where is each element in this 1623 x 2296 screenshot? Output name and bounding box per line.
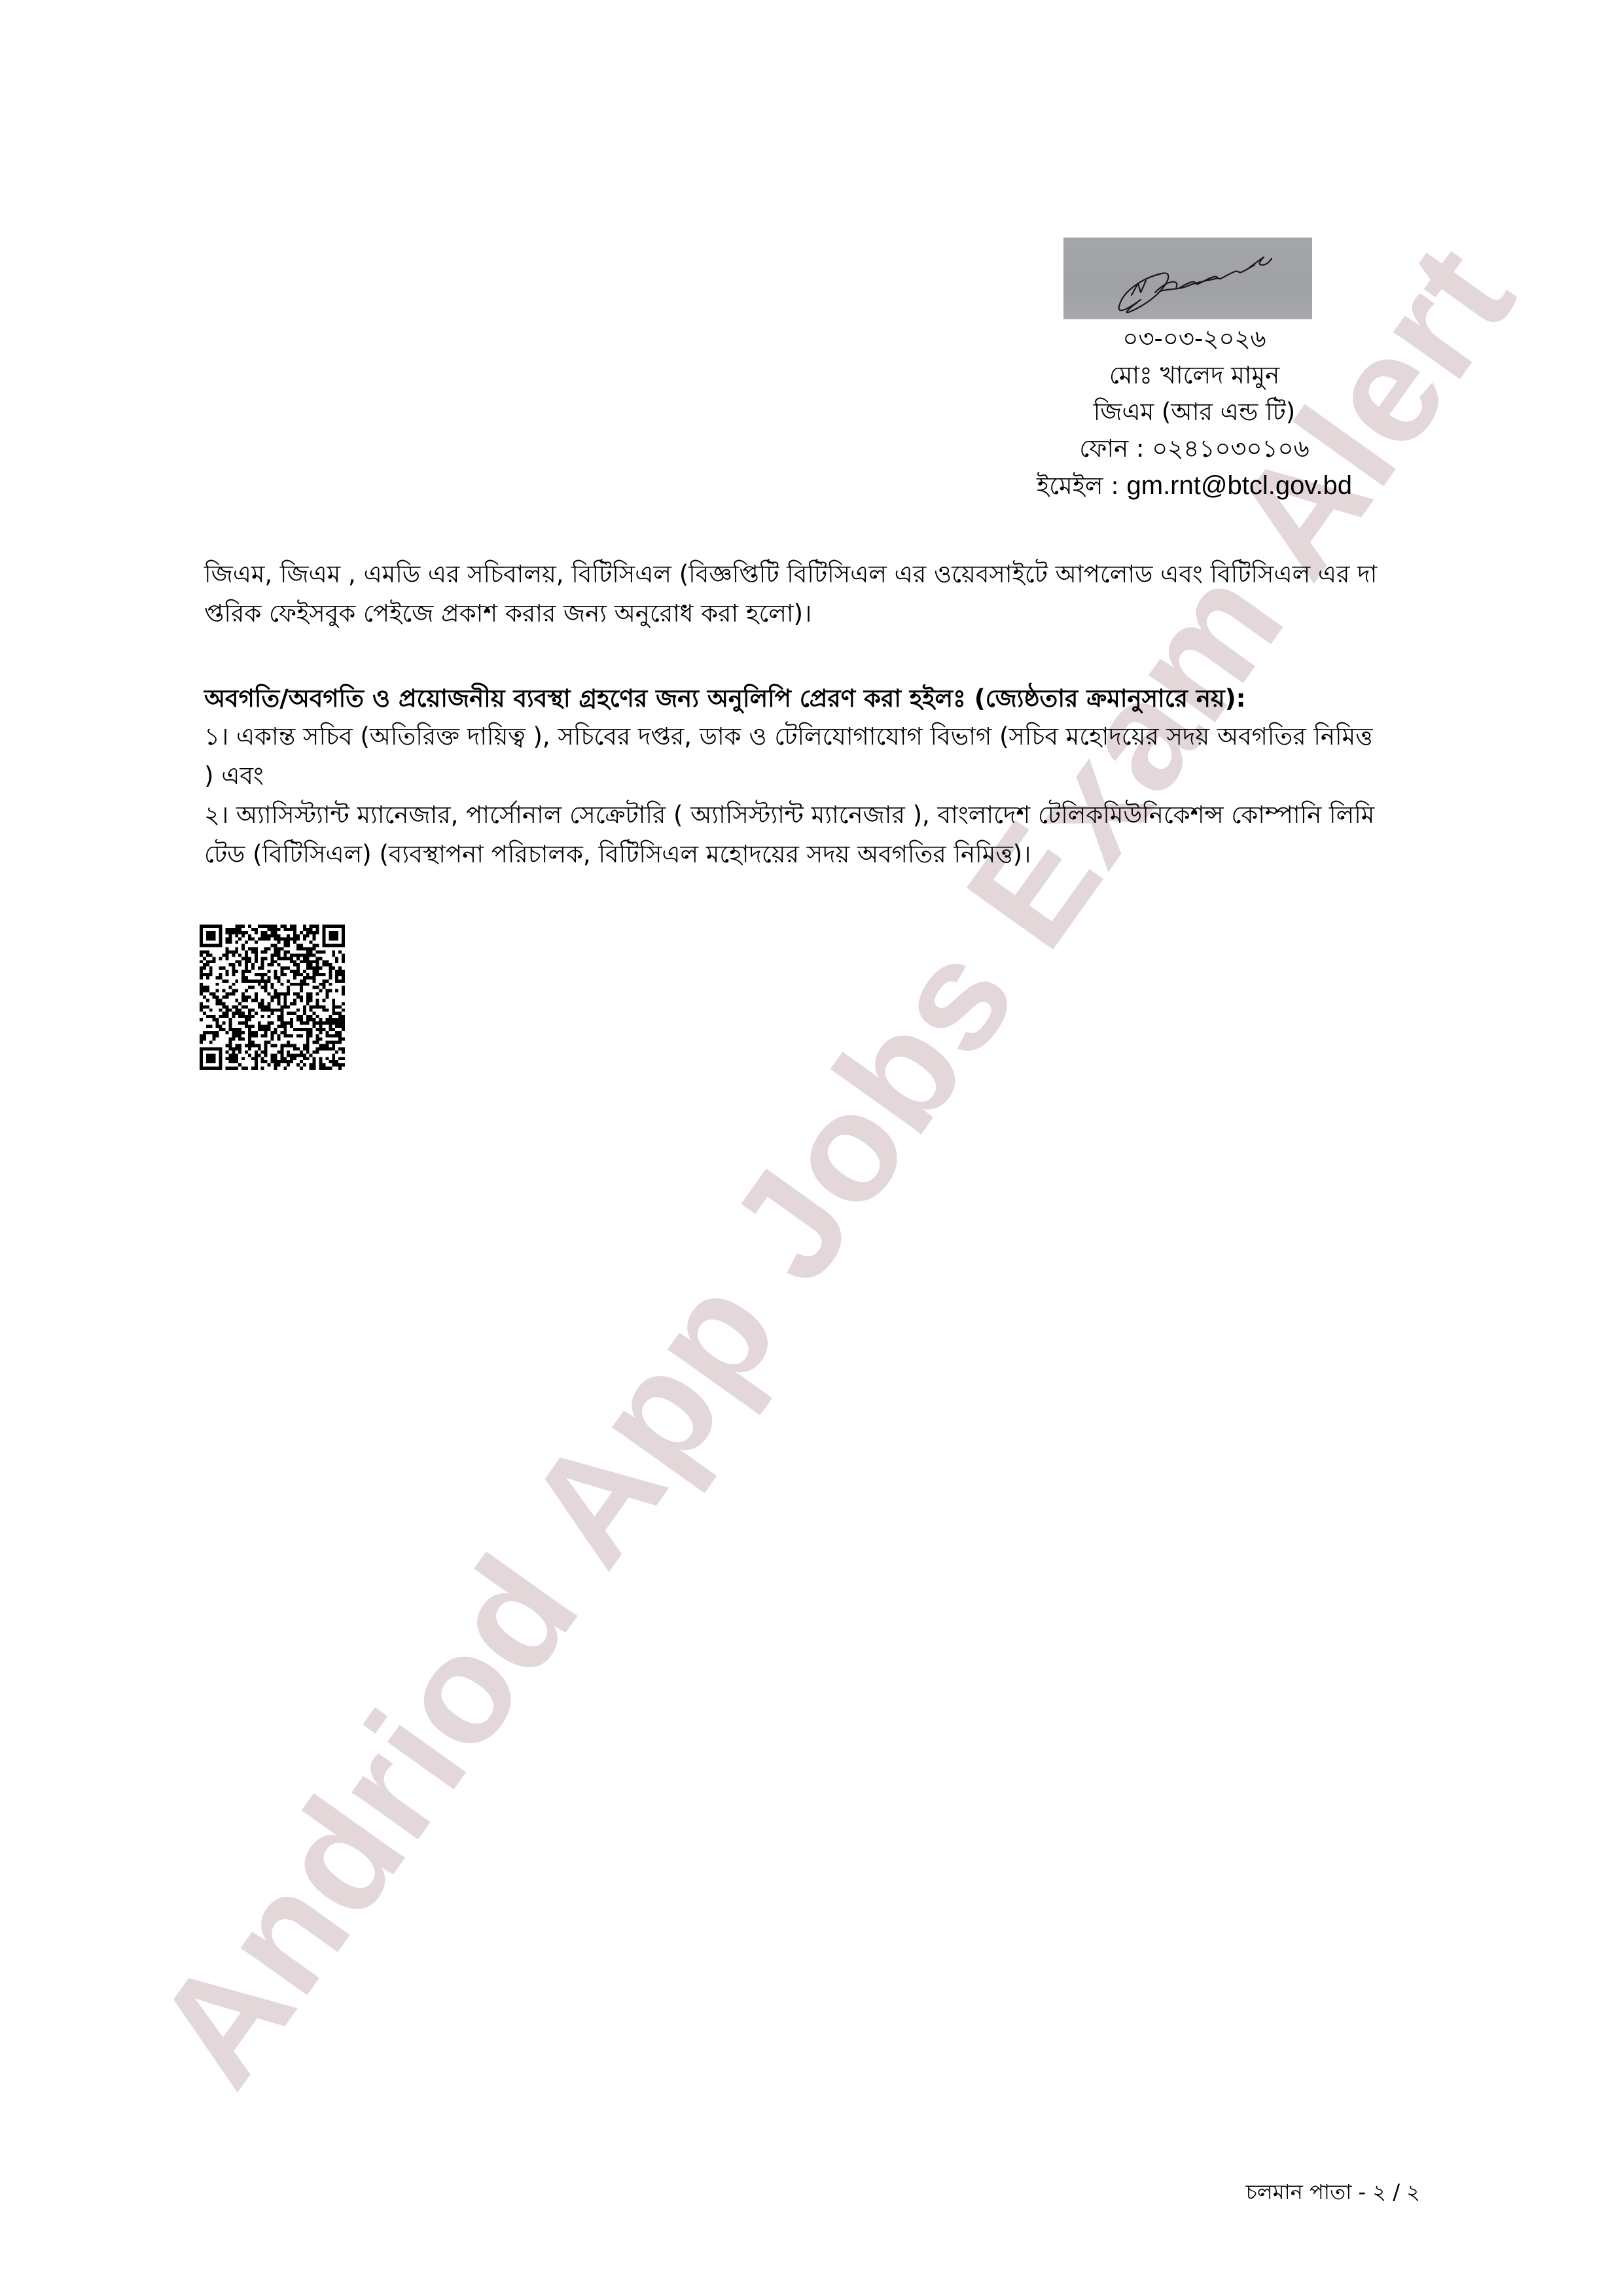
qr-code-icon: [200, 925, 345, 1070]
signature-scribble-icon: [1063, 238, 1312, 319]
signatory-designation: জিএম (আর এন্ড টি): [982, 394, 1407, 431]
copy-to-list: ১। একান্ত সচিব (অতিরিক্ত দায়িত্ব ), সচি…: [204, 717, 1435, 874]
copy-to-item-line: ২। অ্যাসিস্ট্যান্ট ম্যানেজার, পার্সোনাল …: [204, 796, 1435, 835]
phone-label: ফোন :: [1079, 434, 1152, 463]
copy-to-item-line: ১। একান্ত সচিব (অতিরিক্ত দায়িত্ব ), সচি…: [204, 717, 1435, 756]
signatory-name: মোঃ খালেদ মামুন: [982, 357, 1407, 394]
document-page: Andriod App Jobs Exam Alert ০৩-০৩-২০২৬ ম…: [0, 0, 1623, 2296]
signature-image: [1063, 238, 1312, 319]
copy-to-item: ১। একান্ত সচিব (অতিরিক্ত দায়িত্ব ), সচি…: [204, 717, 1435, 796]
copy-to-item: ২। অ্যাসিস্ট্যান্ট ম্যানেজার, পার্সোনাল …: [204, 796, 1435, 874]
signatory-phone: ফোন : ০২৪১০৩০১০৬: [982, 431, 1407, 467]
distribution-paragraph: জিএম, জিএম , এমডি এর সচিবালয়, বিটিসিএল …: [204, 555, 1435, 633]
phone-number: ০২৪১০৩০১০৬: [1152, 434, 1309, 463]
signatory-email: ইমেইল : gm.rnt@btcl.gov.bd: [982, 467, 1407, 504]
distribution-line: জিএম, জিএম , এমডি এর সচিবালয়, বিটিসিএল …: [204, 555, 1435, 594]
distribution-line: প্তরিক ফেইসবুক পেইজে প্রকাশ করার জন্য অন…: [204, 594, 1435, 633]
page-footer: চলমান পাতা - ২ / ২: [1246, 2176, 1420, 2208]
copy-to-heading: অবগতি/অবগতি ও প্রয়োজনীয় ব্যবস্থা গ্রহণ…: [204, 679, 1435, 718]
email-address[interactable]: gm.rnt@btcl.gov.bd: [1127, 471, 1352, 500]
signature-block: ০৩-০৩-২০২৬ মোঃ খালেদ মামুন জিএম (আর এন্ড…: [982, 238, 1407, 504]
qr-code: [200, 925, 345, 1070]
copy-to-item-line: ) এবং: [204, 756, 1435, 796]
copy-to-item-line: টেড (বিটিসিএল) (ব্যবস্থাপনা পরিচালক, বিট…: [204, 835, 1435, 874]
email-label: ইমেইল :: [1037, 472, 1126, 500]
signature-date: ০৩-০৩-২০২৬: [982, 321, 1407, 357]
